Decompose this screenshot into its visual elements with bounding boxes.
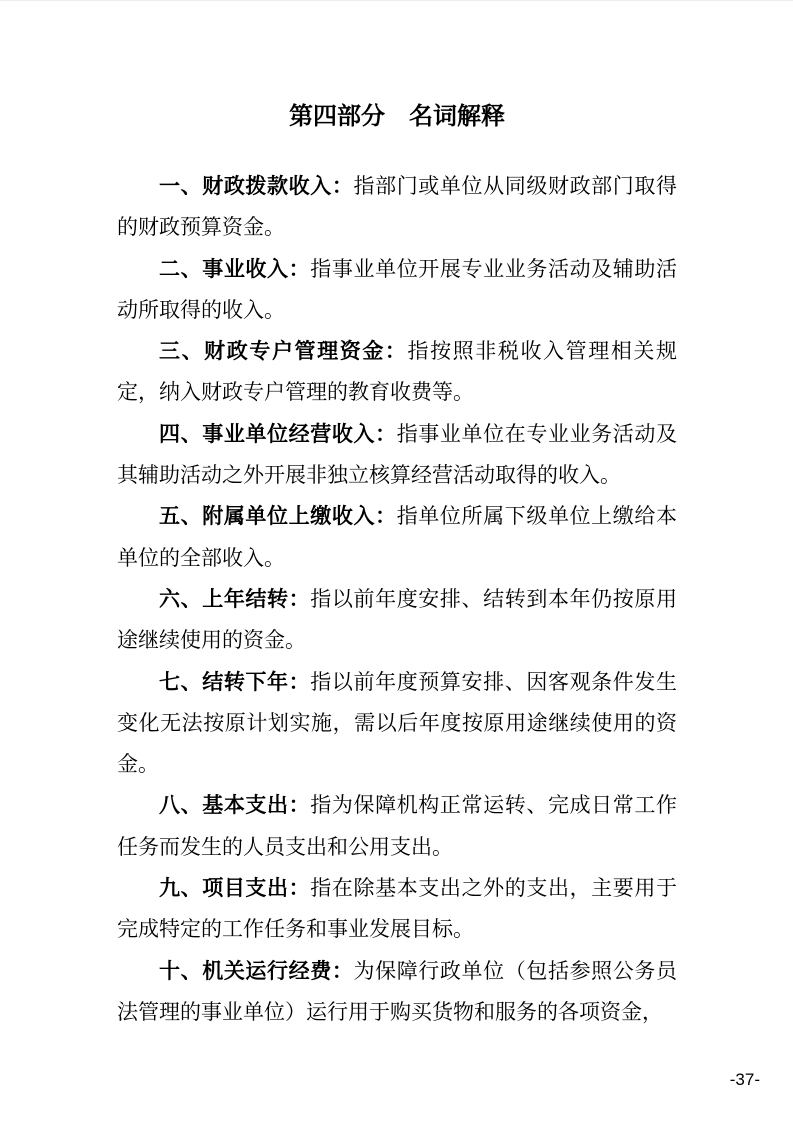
glossary-term: 三、财政专户管理资金： (159, 340, 408, 363)
page-number: -37- (730, 1071, 760, 1089)
glossary-term: 二、事业收入： (159, 258, 310, 281)
glossary-entry: 二、事业收入：指事业单位开展专业业务活动及辅助活动所取得的收入。 (117, 249, 677, 332)
glossary-term: 一、财政拨款收入： (159, 175, 353, 198)
glossary-entry: 十、机关运行经费：为保障行政单位（包括参照公务员法管理的事业单位）运行用于购买货… (117, 951, 677, 1034)
glossary-section: 一、财政拨款收入：指部门或单位从同级财政部门取得的财政预算资金。 二、事业收入：… (117, 166, 677, 1033)
glossary-entry: 五、附属单位上缴收入：指单位所属下级单位上缴给本单位的全部收入。 (117, 496, 677, 579)
glossary-entry: 四、事业单位经营收入：指事业单位在专业业务活动及其辅助活动之外开展非独立核算经营… (117, 414, 677, 497)
glossary-entry: 六、上年结转：指以前年度安排、结转到本年仍按原用途继续使用的资金。 (117, 579, 677, 662)
glossary-term: 九、项目支出： (159, 877, 310, 900)
glossary-term: 六、上年结转： (159, 588, 310, 611)
page-title: 第四部分 名词解释 (117, 104, 677, 130)
glossary-term: 八、基本支出： (159, 794, 310, 817)
glossary-entry: 七、结转下年：指以前年度预算安排、因客观条件发生变化无法按原计划实施，需以后年度… (117, 662, 677, 786)
glossary-term: 七、结转下年： (159, 671, 310, 694)
glossary-entry: 三、财政专户管理资金：指按照非税收入管理相关规定，纳入财政专户管理的教育收费等。 (117, 331, 677, 414)
glossary-entry: 九、项目支出：指在除基本支出之外的支出，主要用于完成特定的工作任务和事业发展目标… (117, 868, 677, 951)
glossary-term: 五、附属单位上缴收入： (159, 505, 397, 528)
document-page: 第四部分 名词解释 一、财政拨款收入：指部门或单位从同级财政部门取得的财政预算资… (0, 0, 793, 1122)
glossary-entry: 八、基本支出：指为保障机构正常运转、完成日常工作任务而发生的人员支出和公用支出。 (117, 785, 677, 868)
glossary-term: 十、机关运行经费： (159, 960, 353, 983)
glossary-term: 四、事业单位经营收入： (159, 423, 397, 446)
glossary-entry: 一、财政拨款收入：指部门或单位从同级财政部门取得的财政预算资金。 (117, 166, 677, 249)
